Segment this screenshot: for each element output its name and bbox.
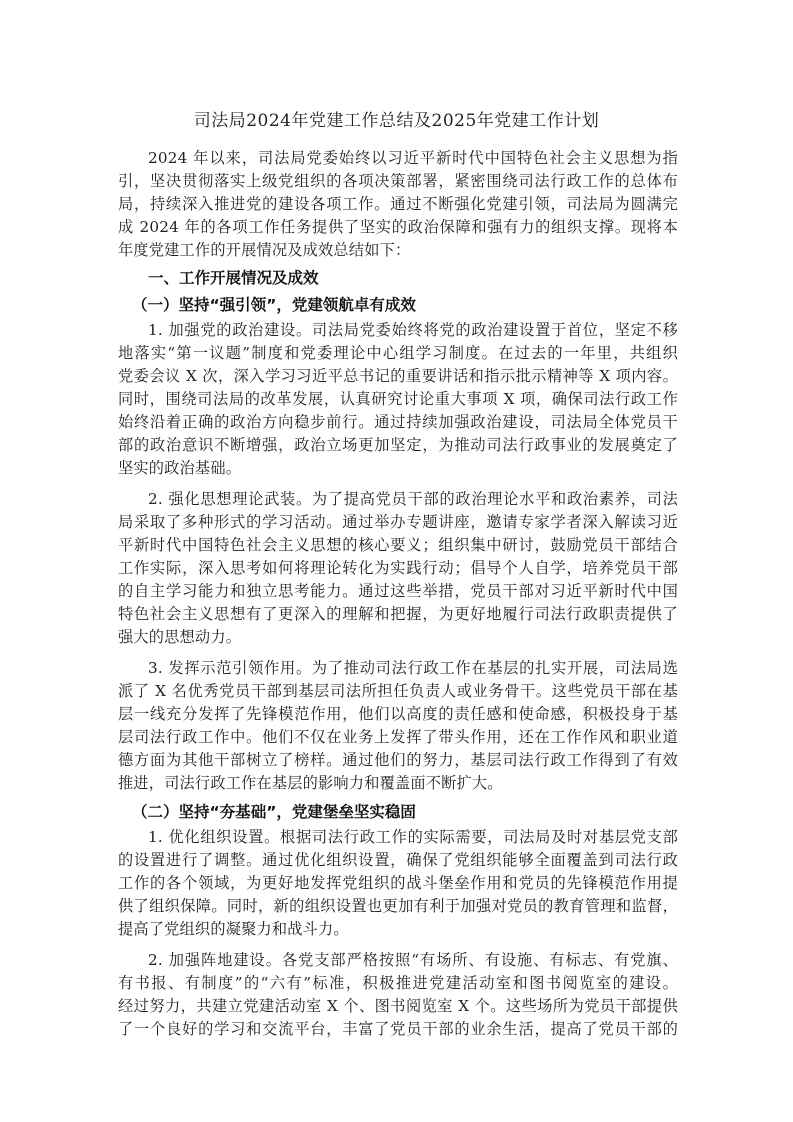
text-line: 年度党建工作的开展情况及成效总结如下： — [118, 239, 678, 261]
text-line: 2024 年以来，司法局党委始终以习近平新时代中国特色社会主义思想为指 — [148, 147, 678, 169]
text-line: 经过努力，共建立党建活动室 X 个、图书阅览室 X 个。这些场所为党员干部提供 — [118, 995, 678, 1017]
text-line: 2. 加强阵地建设。各党支部严格按照“有场所、有设施、有标志、有党旗、 — [148, 949, 678, 971]
text-line: 同时，围绕司法局的改革发展，认真研究讨论重大事项 X 项，确保司法行政工作 — [118, 388, 678, 410]
document-title: 司法局2024年党建工作总结及2025年党建工作计划 — [0, 106, 793, 131]
text-line: 层司法行政工作中。他们不仅在业务上发挥了带头作用，还在工作作风和职业道 — [118, 726, 678, 748]
text-line: 党委会议 X 次，深入学习习近平总书记的重要讲话和指示批示精神等 X 项内容。 — [118, 365, 678, 387]
text-line: 派了 X 名优秀党员干部到基层司法所担任负责人或业务骨干。这些党员干部在基 — [118, 680, 678, 702]
text-line: 局，持续深入推进党的建设各项工作。通过不断强化党建引领，司法局为圆满完 — [118, 193, 678, 215]
subsection-heading-2: （二）坚持“夯基础”，党建堡垒坚实稳固 — [132, 800, 416, 822]
text-line: 工作的各个领域，为更好地发挥党组织的战斗堡垒作用和党员的先锋模范作用提 — [118, 872, 678, 894]
text-line: 了一个良好的学习和交流平台，丰富了党员干部的业余生活，提高了党员干部的 — [118, 1018, 678, 1040]
text-line: 有书报、有制度”的“六有”标准，积极推进党建活动室和图书阅览室的建设。 — [118, 972, 678, 994]
text-line: 供了组织保障。同时，新的组织设置也更加有利于加强对党员的教育管理和监督， — [118, 895, 678, 917]
document-page: 司法局2024年党建工作总结及2025年党建工作计划 2024 年以来，司法局党… — [0, 0, 793, 1122]
subsection-heading-1: （一）坚持“强引领”，党建领航卓有成效 — [132, 293, 416, 315]
text-line: 成 2024 年的各项工作任务提供了坚实的政治保障和强有力的组织支撑。现将本 — [118, 216, 678, 238]
text-line: 特色社会主义思想有了更深入的理解和把握，为更好地履行司法行政职责提供了 — [118, 603, 678, 625]
text-line: 的设置进行了调整。通过优化组织设置，确保了党组织能够全面覆盖到司法行政 — [118, 849, 678, 871]
text-line: 部的政治意识不断增强，政治立场更加坚定，为推动司法行政事业的发展奠定了 — [118, 434, 678, 456]
text-line: 局采取了多种形式的学习活动。通过举办专题讲座，邀请专家学者深入解读习近 — [118, 511, 678, 533]
text-line: 坚实的政治基础。 — [118, 457, 678, 479]
text-line: 1. 优化组织设置。根据司法行政工作的实际需要，司法局及时对基层党支部 — [148, 826, 678, 848]
text-line: 层一线充分发挥了先锋模范作用，他们以高度的责任感和使命感，积极投身于基 — [118, 703, 678, 725]
text-line: 地落实“第一议题”制度和党委理论中心组学习制度。在过去的一年里，共组织 — [118, 342, 678, 364]
section-heading-1: 一、工作开展情况及成效 — [148, 266, 319, 288]
text-line: 提高了党组织的凝聚力和战斗力。 — [118, 918, 678, 940]
text-line: 1. 加强党的政治建设。司法局党委始终将党的政治建设置于首位，坚定不移 — [148, 319, 678, 341]
text-line: 始终沿着正确的政治方向稳步前行。通过持续加强政治建设，司法局全体党员干 — [118, 411, 678, 433]
text-line: 推进，司法行政工作在基层的影响力和覆盖面不断扩大。 — [118, 772, 678, 794]
text-line: 2. 强化思想理论武装。为了提高党员干部的政治理论水平和政治素养，司法 — [148, 488, 678, 510]
text-line: 德方面为其他干部树立了榜样。通过他们的努力，基层司法行政工作得到了有效 — [118, 749, 678, 771]
text-line: 工作实际，深入思考如何将理论转化为实践行动；倡导个人自学，培养党员干部 — [118, 557, 678, 579]
text-line: 3. 发挥示范引领作用。为了推动司法行政工作在基层的扎实开展，司法局选 — [148, 657, 678, 679]
text-line: 强大的思想动力。 — [118, 626, 678, 648]
text-line: 平新时代中国特色社会主义思想的核心要义；组织集中研讨，鼓励党员干部结合 — [118, 534, 678, 556]
text-line: 引，坚决贯彻落实上级党组织的各项决策部署，紧密围绕司法行政工作的总体布 — [118, 170, 678, 192]
text-line: 的自主学习能力和独立思考能力。通过这些举措，党员干部对习近平新时代中国 — [118, 580, 678, 602]
